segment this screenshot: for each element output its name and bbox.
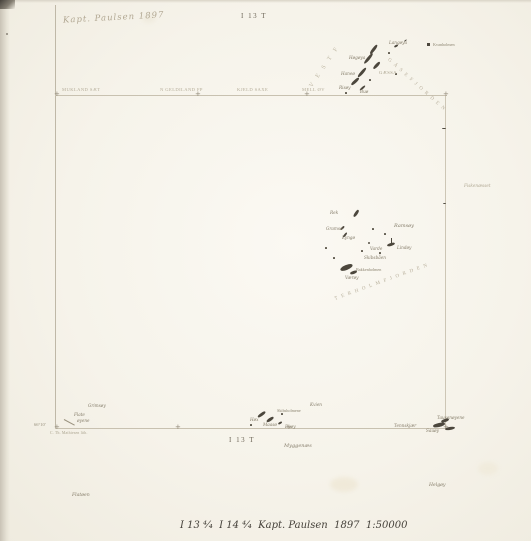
place-label: Flate [74,412,85,417]
place-label: Rek [330,210,338,215]
paper-stain [330,477,358,492]
place-label: Myggenæs [284,443,312,449]
plate-number-top: I 13 T [241,12,267,20]
place-label: Maasø [263,422,277,427]
place-label: Kvien [310,402,322,407]
islet-dot [345,92,347,94]
scanned-map-sheet: Kapt. Paulsen 1897 I 13 T + + + + + + + … [0,0,531,541]
islet-dot [384,233,386,235]
place-label: øyene [77,418,90,423]
islet-dot [372,228,374,230]
settlement-square-mark [427,43,430,46]
place-label: Skibsholmene [277,408,301,413]
islet-dot [388,52,390,54]
graticule-cross: + [195,91,201,98]
place-label: Ramsøy [394,223,414,229]
place-label: Risøy [339,85,351,90]
graticule-cross: + [304,91,310,98]
island-mark [278,421,282,424]
islet-dot [379,252,381,254]
survey-label: N GELDILAND FP [160,87,203,92]
neatline-top [55,95,447,96]
islet-dot [361,250,363,252]
island-mark [372,61,380,69]
pencil-note: Kapt. Paulsen 1897 [63,10,165,25]
plate-number-bottom: I 13 T [229,436,255,444]
survey-label: KJELD SAXE [237,87,268,92]
place-label: Gramsø [326,226,342,231]
neatline-right [445,95,446,428]
place-label: Tennskjær [394,423,416,428]
islet-dot [368,242,370,244]
place-label: Skibsbåen [364,255,386,260]
scan-edge-left [0,0,10,541]
place-label: Varde [370,246,382,251]
place-label: Grimsøy [88,403,106,408]
island-mark [353,209,360,217]
graticule-cross: + [175,424,181,431]
place-label: Høx [250,417,259,422]
corner-coordinate: 66°10' [34,422,46,427]
graticule-cross: + [443,91,449,98]
printer-credit: C. Th. Mathiesen lith. [50,431,88,435]
margin-note: Fiskenæsset [464,183,491,188]
sea-name-gaasefjorden: GÅSEFJORDEN [386,58,448,115]
graticule-cross: + [54,91,60,98]
place-label: Sauøy [426,428,439,433]
place-label: Lyngø [342,235,355,240]
place-label: Langøya [389,40,407,45]
place-label: Lindøy [397,245,411,250]
islet-dot [325,247,327,249]
scan-edge-top [0,0,531,3]
islet-dot [369,79,371,81]
neatline-bottom [55,428,449,429]
index-caption: I 13 ⁴⁄₄ I 14 ⁴⁄₄ Kapt. Paulsen 1897 1:5… [180,520,407,531]
sea-name-vestfjord: VESTF [309,41,344,89]
graticule-cross: + [54,424,60,431]
place-label: GÆSSA [379,70,397,75]
place-label: Buø [360,89,368,94]
leader-line [64,419,75,426]
survey-label: MUKLAND SÆT [62,87,100,92]
beacon-mark [391,238,392,244]
island-mark [357,67,367,78]
island-mark [445,426,455,430]
paper-stain [478,462,498,475]
island-mark [350,77,359,86]
islet-dot [250,424,252,426]
place-label: Værøy [345,275,358,280]
islet-dot [281,413,283,415]
place-label: Høgøya [349,55,365,60]
place-label: Helgøy [429,483,446,489]
place-label: Bakkenholmen [356,267,381,272]
place-label: Buøy [285,424,296,429]
paper-speck [6,33,8,35]
neatline-left [55,5,56,429]
place-label: Kvanholmen [433,42,455,47]
islet-dot [333,257,335,259]
place-label: Haneø [341,71,355,76]
place-label: Flatøen [72,493,90,499]
scan-corner-smudge [0,0,15,9]
island-mark [443,203,446,204]
